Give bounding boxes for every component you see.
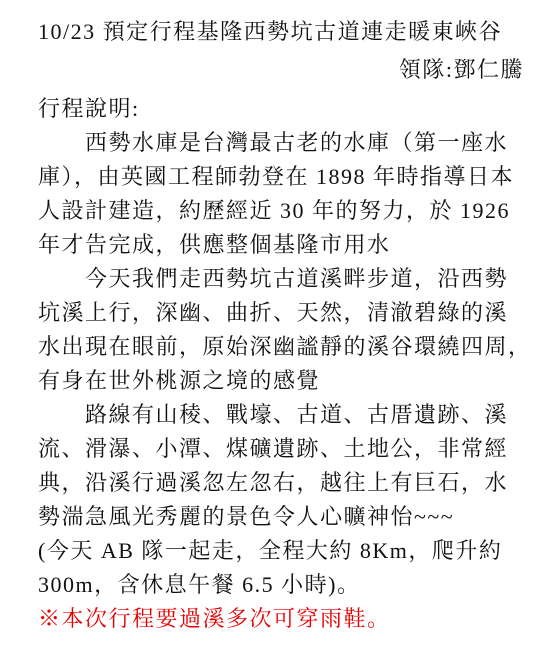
body-line: 有身在世外桃源之境的感覺	[38, 364, 524, 398]
body-line: 水出現在眼前，原始深幽謐靜的溪谷環繞四周，	[38, 330, 524, 364]
section-heading: 行程說明:	[38, 92, 524, 126]
body-line: 今天我們走西勢坑古道溪畔步道，沿西勢	[38, 262, 524, 296]
body-line: 路線有山稜、戰壕、古道、古厝遺跡、溪	[38, 398, 524, 432]
body-line: 人設計建造，約歷經近 30 年的努力，於 1926	[38, 194, 524, 228]
document-title: 10/23 預定行程基隆西勢坑古道連走暖東峽谷	[38, 15, 524, 49]
body-line: 坑溪上行，深幽、曲折、天然，清澈碧綠的溪	[38, 296, 524, 330]
document-page: 10/23 預定行程基隆西勢坑古道連走暖東峽谷 領隊:鄧仁騰 行程說明: 西勢水…	[0, 0, 542, 670]
body-line: (今天 AB 隊一起走，全程大約 8Km，爬升約	[38, 534, 524, 568]
body-line: 庫），由英國工程師勃登在 1898 年時指導日本	[38, 160, 524, 194]
body-line: 流、滑瀑、小潭、煤礦遺跡、土地公，非常經	[38, 432, 524, 466]
body-line: 典，沿溪行過溪忽左忽右，越往上有巨石，水	[38, 466, 524, 500]
leader-name: 領隊:鄧仁騰	[38, 53, 524, 87]
body-line: 年才告完成，供應整個基隆市用水	[38, 228, 524, 262]
warning-note: ※本次行程要過溪多次可穿雨鞋。	[38, 602, 524, 636]
body-line: 300m，含休息午餐 6.5 小時)。	[38, 568, 524, 602]
body-line: 西勢水庫是台灣最古老的水庫（第一座水	[38, 126, 524, 160]
body-line: 勢湍急風光秀麗的景色令人心曠神怡~~~	[38, 500, 524, 534]
